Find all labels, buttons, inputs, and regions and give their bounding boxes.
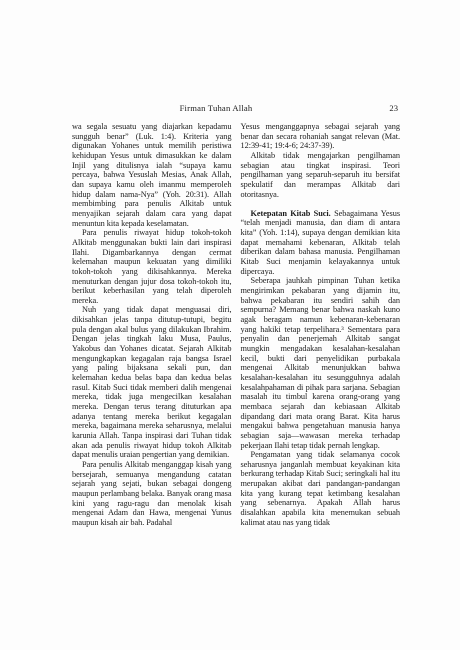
running-head: Firman Tuhan Allah 23: [72, 103, 400, 114]
paragraph: Alkitab tidak mengajarkan pengilhaman se…: [241, 151, 401, 199]
page-number: 23: [389, 103, 398, 114]
text-columns: wa segala sesuatu yang diajarkan kepadam…: [72, 122, 400, 528]
paragraph-text: Sebagaimana Yesus “telah menjadi manusia…: [241, 209, 401, 276]
paragraph: wa segala sesuatu yang diajarkan kepadam…: [72, 122, 232, 228]
paragraph: Seberapa jauhkah pimpinan Tuhan ketika m…: [241, 276, 401, 450]
paragraph: Nuh yang tidak dapat menguasai diri, dik…: [72, 305, 232, 460]
type-area: Firman Tuhan Allah 23 wa segala sesuatu …: [72, 103, 400, 528]
left-column: wa segala sesuatu yang diajarkan kepadam…: [72, 122, 232, 528]
paragraph: Para penulis Alkitab menganggap kisah ya…: [72, 460, 232, 528]
right-column: Yesus menganggapnya sebagai sejarah yang…: [241, 122, 401, 528]
running-head-title: Firman Tuhan Allah: [72, 103, 360, 114]
paragraph: Pengamatan yang tidak selamanya cocok se…: [241, 450, 401, 527]
paragraph: Yesus menganggapnya sebagai sejarah yang…: [241, 122, 401, 151]
section-heading-lead: Ketepatan Kitab Suci.: [251, 209, 331, 218]
paragraph: Para penulis riwayat hidup tokoh-tokoh A…: [72, 228, 232, 305]
book-page: Firman Tuhan Allah 23 wa segala sesuatu …: [0, 0, 460, 650]
paragraph-section-heading: Ketepatan Kitab Suci. Sebagaimana Yesus …: [241, 209, 401, 277]
